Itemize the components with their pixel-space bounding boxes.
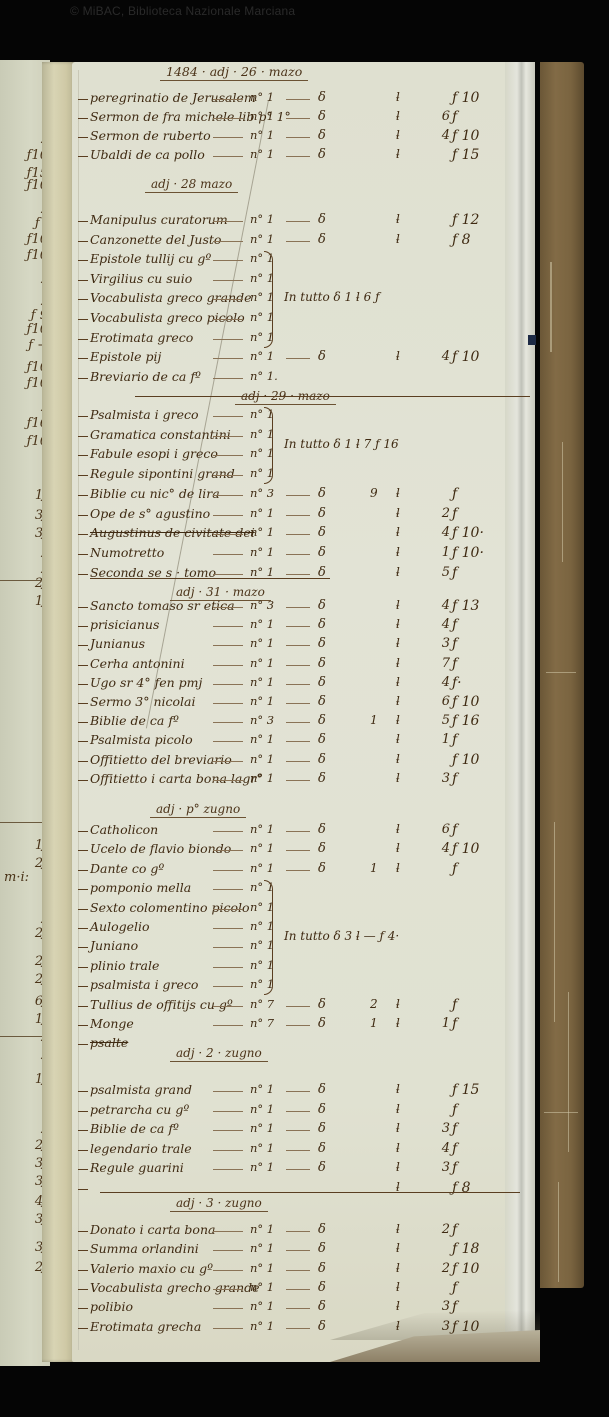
- ledger-entry: Valerio maxio cu gºn° 1δƚ2ƒ 10: [78, 1261, 518, 1279]
- entry-tick-mark: [78, 118, 88, 119]
- leader-dash: [213, 607, 243, 608]
- ledger-entry: Sermon de ruberton° 1δƚ4ƒ 10: [78, 128, 518, 146]
- leader-dash: [213, 1169, 243, 1170]
- leader-dash: [213, 986, 243, 987]
- entry-title: Cerha antonini: [90, 656, 185, 671]
- entry-ducats: δ: [318, 1160, 326, 1175]
- entry-title: psalte: [90, 1035, 128, 1050]
- entry-tick-mark: [78, 436, 88, 437]
- leader-dash: [286, 534, 310, 535]
- ledger-entry: Donato i carta bonan° 1δƚ2ƒ: [78, 1222, 518, 1240]
- entry-title: legendario trale: [90, 1141, 192, 1156]
- entry-title: Tullius de offitijs cu gº: [90, 997, 233, 1012]
- entry-ducats: δ: [318, 1121, 326, 1136]
- entry-quantity: n° 1: [250, 675, 274, 689]
- entry-lire-count: 4: [430, 598, 450, 613]
- entry-lire-count: 1: [430, 732, 450, 747]
- entry-title: Sexto colomentino picolo: [90, 900, 250, 915]
- entry-title: Vocabulista grecho grande: [90, 1280, 260, 1295]
- leader-dash: [286, 722, 310, 723]
- leader-dash: [213, 1150, 243, 1151]
- entry-lire: ƚ: [396, 1141, 400, 1155]
- leader-dash: [213, 221, 243, 222]
- grouping-bracket: [264, 880, 273, 995]
- entry-quantity: n° 1: [250, 822, 274, 836]
- entry-lire: ƚ: [396, 1319, 400, 1333]
- entry-soldi: ƒ: [452, 1102, 457, 1118]
- entry-quantity: n° 1: [250, 617, 274, 631]
- leader-dash: [213, 378, 243, 379]
- entry-ducats: δ: [318, 997, 326, 1012]
- ledger-entry: Erotimata grecon° 1: [78, 330, 518, 348]
- entry-quantity: n° 1: [250, 732, 274, 746]
- entry-soldi: ƒ: [452, 1121, 457, 1137]
- entry-quantity: n° 1: [250, 1261, 274, 1275]
- ledger-entry: Epistole tullij cu gºn° 1: [78, 251, 518, 269]
- entry-quantity: n° 7: [250, 997, 274, 1011]
- entry-lire-count: 3: [430, 1121, 450, 1136]
- leader-dash: [213, 1111, 243, 1112]
- leader-dash: [286, 1250, 310, 1251]
- entry-title: Dante co gº: [90, 861, 164, 876]
- entry-ducats: δ: [318, 636, 326, 651]
- entry-tick-mark: [78, 850, 88, 851]
- entry-title: polibio: [90, 1299, 133, 1314]
- leader-dash: [286, 1328, 310, 1329]
- ledger-entry: Virgilius cu suion° 1: [78, 271, 518, 289]
- entry-ducats-count: 1: [370, 1016, 378, 1030]
- entry-ducats: δ: [318, 1261, 326, 1276]
- ledger-entry: Numotretton° 1δƚ1ƒ 10·: [78, 545, 518, 563]
- entry-title: psalmista i greco: [90, 977, 198, 992]
- entry-soldi: ƒ 18: [452, 1241, 479, 1257]
- ledger-entry: legendario tralen° 1δƚ4ƒ: [78, 1141, 518, 1159]
- entry-lire: ƚ: [396, 506, 400, 520]
- entry-ducats: δ: [318, 771, 326, 786]
- entry-ducats: δ: [318, 506, 326, 521]
- entry-tick-mark: [78, 534, 88, 535]
- leader-dash: [286, 495, 310, 496]
- leader-dash: [213, 870, 243, 871]
- entry-lire: ƚ: [396, 1121, 400, 1135]
- entry-lire-count: 2: [430, 1222, 450, 1237]
- leader-dash: [286, 1270, 310, 1271]
- entry-soldi: ƒ: [452, 1160, 457, 1176]
- cover-crack: [544, 1112, 578, 1113]
- entry-ducats-count: 9: [370, 486, 378, 500]
- entry-soldi: ƒ: [452, 1222, 457, 1238]
- entry-ducats: δ: [318, 713, 326, 728]
- entry-lire-count: 5: [430, 565, 450, 580]
- entry-ducats: δ: [318, 752, 326, 767]
- entry-tick-mark: [78, 99, 88, 100]
- group-total-note: In tutto δ 3 ƚ — ƒ 4·: [284, 929, 399, 943]
- entry-lire-count: 2: [430, 1261, 450, 1276]
- entry-tick-mark: [78, 475, 88, 476]
- entry-title: Aulogelio: [90, 919, 150, 934]
- entry-title: Regule guarini: [90, 1160, 184, 1175]
- entry-tick-mark: [78, 1308, 88, 1309]
- entry-ducats: δ: [318, 128, 326, 143]
- entry-title: Ubaldi de ca pollo: [90, 147, 205, 162]
- entry-tick-mark: [78, 241, 88, 242]
- left-page-rule: [0, 822, 48, 823]
- entry-lire: ƚ: [396, 656, 400, 670]
- entry-quantity: n° 1: [250, 232, 274, 246]
- leader-dash: [286, 554, 310, 555]
- binding-gutter: [42, 62, 76, 1362]
- leader-dash: [213, 1308, 243, 1309]
- ledger-entry: Junianusn° 1δƚ3ƒ: [78, 636, 518, 654]
- entry-lire: ƚ: [396, 525, 400, 539]
- leader-dash: [213, 928, 243, 929]
- entry-lire: ƚ: [396, 90, 400, 104]
- entry-lire: ƚ: [396, 713, 400, 727]
- entry-title: Breviario de ca fº: [90, 369, 201, 384]
- entry-soldi: ƒ 10: [452, 90, 479, 106]
- entry-soldi: ƒ: [452, 486, 457, 502]
- entry-quantity: n° 1: [250, 841, 274, 855]
- ledger-entry: Ugo sr 4° fen pmjn° 1δƚ4ƒ·: [78, 675, 518, 693]
- entry-soldi: ƒ 10: [452, 694, 479, 710]
- leader-dash: [286, 1289, 310, 1290]
- entry-title: Canzonette del Justo: [90, 232, 221, 247]
- entry-lire-count: 1: [430, 545, 450, 560]
- leader-dash: [286, 645, 310, 646]
- entry-soldi: ƒ: [452, 109, 457, 125]
- entry-quantity: n° 1: [250, 1141, 274, 1155]
- entry-quantity: n° 1: [250, 771, 274, 785]
- leader-dash: [213, 645, 243, 646]
- leader-dash: [286, 574, 310, 575]
- entry-lire-count: 2: [430, 506, 450, 521]
- entry-tick-mark: [78, 831, 88, 832]
- entry-tick-mark: [78, 1231, 88, 1232]
- entry-lire: ƚ: [396, 349, 400, 363]
- entry-quantity: n° 1.: [250, 369, 278, 383]
- ledger-entry: Biblie cu nic° de liran° 3δ9ƚƒ: [78, 486, 518, 504]
- entry-quantity: n° 7: [250, 1016, 274, 1030]
- entry-title: Summa orlandini: [90, 1241, 199, 1256]
- entry-lire-count: 6: [430, 694, 450, 709]
- entry-title: Biblie cu nic° de lira: [90, 486, 220, 501]
- entry-title: Manipulus curatorum: [90, 212, 228, 227]
- ledger-entry: Sancto tomaso sr etican° 3δƚ4ƒ 13: [78, 598, 518, 616]
- ledger-entry: prisicianusn° 1δƚ4ƒ: [78, 617, 518, 635]
- entry-soldi: ƒ: [452, 1299, 457, 1315]
- entry-lire-count: 3: [430, 1319, 450, 1334]
- leader-dash: [213, 99, 243, 100]
- blue-marker-tab: [528, 335, 536, 345]
- entry-quantity: n° 1: [250, 349, 274, 363]
- entry-title: Erotimata grecha: [90, 1319, 201, 1334]
- entry-tick-mark: [78, 515, 88, 516]
- leader-dash: [286, 850, 310, 851]
- entry-ducats-count: 1: [370, 713, 378, 727]
- entry-soldi: ƒ 12: [452, 212, 479, 228]
- entry-lire: ƚ: [396, 752, 400, 766]
- leader-dash: [213, 665, 243, 666]
- ledger-entry: Psalmista picolon° 1δƚ1ƒ: [78, 732, 518, 750]
- entry-lire: ƚ: [396, 1160, 400, 1174]
- entry-title: Offitietto i carta bona lagr°: [90, 771, 263, 786]
- entry-tick-mark: [78, 665, 88, 666]
- leader-dash: [213, 1130, 243, 1131]
- leader-dash: [213, 967, 243, 968]
- leader-dash: [213, 1006, 243, 1007]
- leader-dash: [286, 1111, 310, 1112]
- entry-lire: ƚ: [396, 1280, 400, 1294]
- entry-quantity: n° 1: [250, 506, 274, 520]
- entry-lire: ƚ: [396, 232, 400, 246]
- leader-dash: [213, 241, 243, 242]
- entry-lire: ƚ: [396, 861, 400, 875]
- entry-soldi: ƒ 10: [452, 1261, 479, 1277]
- leader-dash: [286, 221, 310, 222]
- entry-tick-mark: [78, 722, 88, 723]
- entry-quantity: n° 3: [250, 713, 274, 727]
- leader-dash: [213, 358, 243, 359]
- entry-ducats: δ: [318, 90, 326, 105]
- entry-soldi: ƒ 15: [452, 147, 479, 163]
- entry-tick-mark: [78, 260, 88, 261]
- leader-dash: [213, 1025, 243, 1026]
- entry-ducats: δ: [318, 486, 326, 501]
- entry-tick-mark: [78, 1189, 88, 1190]
- entry-title: Biblie de ca fº: [90, 713, 179, 728]
- ledger-entry: Vocabulista greco picolon° 1: [78, 310, 518, 328]
- entry-ducats: δ: [318, 545, 326, 560]
- leader-dash: [213, 455, 243, 456]
- leader-dash: [286, 665, 310, 666]
- entry-ducats: δ: [318, 1280, 326, 1295]
- entry-tick-mark: [78, 1250, 88, 1251]
- entry-ducats: δ: [318, 212, 326, 227]
- leader-dash: [213, 947, 243, 948]
- entry-ducats-count: 2: [370, 997, 378, 1011]
- ledger-entry: Canzonette del Juston° 1δƚƒ 8: [78, 232, 518, 250]
- leader-dash: [286, 241, 310, 242]
- entry-quantity: n° 1: [250, 545, 274, 559]
- leader-dash: [213, 850, 243, 851]
- leader-dash: [213, 1328, 243, 1329]
- entry-quantity: n° 1: [250, 656, 274, 670]
- leader-dash: [213, 1270, 243, 1271]
- entry-soldi: ƒ 10: [452, 349, 479, 365]
- leader-dash: [286, 626, 310, 627]
- section-date-heading: adj · 28 mazo: [145, 177, 238, 193]
- entry-ducats: δ: [318, 694, 326, 709]
- entry-title: Virgilius cu suio: [90, 271, 192, 286]
- entry-ducats: δ: [318, 598, 326, 613]
- ledger-entry: psalmista grandn° 1δƚƒ 15: [78, 1082, 518, 1100]
- entry-tick-mark: [78, 455, 88, 456]
- ledger-entry: Regule guarinin° 1δƚ3ƒ: [78, 1160, 518, 1178]
- cover-crack: [546, 672, 576, 673]
- entry-quantity: n° 3: [250, 598, 274, 612]
- entry-title: Epistole pij: [90, 349, 161, 364]
- entry-quantity: n° 1: [250, 525, 274, 539]
- ledger-entry: psalmista i grecon° 1: [78, 977, 518, 995]
- leader-dash: [213, 515, 243, 516]
- entry-ducats: δ: [318, 232, 326, 247]
- entry-quantity: n° 1: [250, 1082, 274, 1096]
- leader-dash: [286, 1091, 310, 1092]
- entry-lire: ƚ: [396, 675, 400, 689]
- entry-soldi: ƒ: [452, 617, 457, 633]
- entry-lire: ƚ: [396, 598, 400, 612]
- entry-tick-mark: [78, 928, 88, 929]
- entry-tick-mark: [78, 1044, 88, 1045]
- left-page-rule: [0, 580, 48, 581]
- entry-soldi: ƒ 16: [452, 713, 479, 729]
- ledger-entry: Sexto colomentino picolon° 1: [78, 900, 518, 918]
- entry-title: Vocabulista greco picolo: [90, 310, 245, 325]
- entry-tick-mark: [78, 156, 88, 157]
- entry-title: Junianus: [90, 636, 145, 651]
- entry-tick-mark: [78, 870, 88, 871]
- leader-dash: [213, 156, 243, 157]
- entry-soldi: ƒ: [452, 1016, 457, 1032]
- entry-lire: ƚ: [396, 109, 400, 123]
- leader-dash: [213, 626, 243, 627]
- ledger-entry: Mongen° 7δ1ƚ1ƒ: [78, 1016, 518, 1034]
- leader-dash: [213, 299, 243, 300]
- leader-dash: [213, 319, 243, 320]
- section-date-heading: adj · 2 · zugno: [170, 1046, 268, 1062]
- entry-lire-count: 7: [430, 656, 450, 671]
- entry-tick-mark: [78, 416, 88, 417]
- section-divider-rule: [90, 578, 330, 579]
- ledger-entry: Seconda se s · tomon° 1δƚ5ƒ: [78, 565, 518, 583]
- leader-dash: [213, 280, 243, 281]
- cover-crack: [554, 822, 555, 1022]
- entry-title: Sancto tomaso sr etica: [90, 598, 235, 613]
- leader-dash: [286, 99, 310, 100]
- entry-ducats: δ: [318, 617, 326, 632]
- entry-tick-mark: [78, 299, 88, 300]
- leader-dash: [213, 1231, 243, 1232]
- section-divider-rule: [135, 396, 530, 397]
- ledger-entry: plinio tralen° 1: [78, 958, 518, 976]
- entry-soldi: ƒ: [452, 656, 457, 672]
- ledger-entry: Manipulus curatorumn° 1δƚƒ 12: [78, 212, 518, 230]
- ledger-entry: Catholiconn° 1δƚ6ƒ: [78, 822, 518, 840]
- leader-dash: [213, 703, 243, 704]
- entry-ducats: δ: [318, 1299, 326, 1314]
- entry-quantity: n° 1: [250, 1241, 274, 1255]
- entry-lire: ƚ: [396, 1261, 400, 1275]
- leader-dash: [213, 416, 243, 417]
- entry-quantity: n° 1: [250, 1299, 274, 1313]
- entry-tick-mark: [78, 986, 88, 987]
- leader-dash: [286, 607, 310, 608]
- leader-dash: [213, 909, 243, 910]
- entry-title: Ope de s° agustino: [90, 506, 210, 521]
- leader-dash: [286, 515, 310, 516]
- leader-dash: [286, 1130, 310, 1131]
- entry-title: Augustinus de civitate dei: [90, 525, 255, 540]
- entry-lire: ƚ: [396, 545, 400, 559]
- cover-crack: [550, 262, 552, 352]
- entry-lire: ƚ: [396, 694, 400, 708]
- entry-ducats: δ: [318, 841, 326, 856]
- leader-dash: [213, 780, 243, 781]
- entry-soldi: ƒ 10: [452, 752, 479, 768]
- entry-tick-mark: [78, 378, 88, 379]
- entry-tick-mark: [78, 358, 88, 359]
- section-date-heading: adj · 29 · mazo: [235, 389, 336, 405]
- entry-ducats: δ: [318, 1016, 326, 1031]
- entry-lire-count: 1: [430, 1016, 450, 1031]
- entry-title: prisicianus: [90, 617, 159, 632]
- entry-title: Gramatica constantini: [90, 427, 231, 442]
- entry-quantity: n° 1: [250, 90, 274, 104]
- entry-tick-mark: [78, 1091, 88, 1092]
- entry-lire-count: 4: [430, 128, 450, 143]
- leader-dash: [286, 831, 310, 832]
- entry-soldi: ƒ 8: [452, 232, 471, 248]
- entry-lire-count: 3: [430, 771, 450, 786]
- entry-tick-mark: [78, 626, 88, 627]
- entry-quantity: n° 3: [250, 486, 274, 500]
- entry-soldi: ƒ: [452, 822, 457, 838]
- entry-tick-mark: [78, 909, 88, 910]
- entry-lire: ƚ: [396, 1016, 400, 1030]
- leader-dash: [213, 684, 243, 685]
- entry-tick-mark: [78, 574, 88, 575]
- cover-crack: [568, 992, 569, 1152]
- entry-lire-count: 3: [430, 1160, 450, 1175]
- entry-quantity: n° 1: [250, 565, 274, 579]
- entry-title: Juniano: [90, 938, 138, 953]
- entry-soldi: ƒ: [452, 997, 457, 1013]
- entry-tick-mark: [78, 1169, 88, 1170]
- entry-quantity: n° 1: [250, 1280, 274, 1294]
- entry-lire: ƚ: [396, 997, 400, 1011]
- entry-title: Psalmista i greco: [90, 407, 199, 422]
- ledger-entry: Offitietto i carta bona lagr°n° 1δƚ3ƒ: [78, 771, 518, 789]
- leather-cover: [540, 62, 584, 1288]
- entry-title: Catholicon: [90, 822, 158, 837]
- entry-title: petrarcha cu gº: [90, 1102, 189, 1117]
- entry-lire: ƚ: [396, 1241, 400, 1255]
- entry-lire: ƚ: [396, 617, 400, 631]
- entry-title: Offitietto del breviario: [90, 752, 232, 767]
- leader-dash: [213, 495, 243, 496]
- section-date-heading: adj · p° zugno: [150, 802, 246, 818]
- leader-dash: [286, 703, 310, 704]
- entry-lire: ƚ: [396, 1082, 400, 1096]
- entry-title: peregrinatio de Jerusalem: [90, 90, 256, 105]
- entry-soldi: ƒ 8: [452, 1180, 471, 1196]
- entry-tick-mark: [78, 1006, 88, 1007]
- entry-lire: ƚ: [396, 212, 400, 226]
- leader-dash: [213, 534, 243, 535]
- entry-lire: ƚ: [396, 147, 400, 161]
- entry-tick-mark: [78, 1150, 88, 1151]
- entry-lire-count: 3: [430, 1299, 450, 1314]
- entry-title: Epistole tullij cu gº: [90, 251, 211, 266]
- left-page-rule: [0, 1036, 48, 1037]
- entry-title: pomponio mella: [90, 880, 191, 895]
- entry-tick-mark: [78, 1328, 88, 1329]
- entry-lire: ƚ: [396, 732, 400, 746]
- leader-dash: [213, 554, 243, 555]
- ledger-header: 1484 · adj · 26 · mazo: [160, 64, 308, 81]
- entry-tick-mark: [78, 137, 88, 138]
- entry-tick-mark: [78, 1111, 88, 1112]
